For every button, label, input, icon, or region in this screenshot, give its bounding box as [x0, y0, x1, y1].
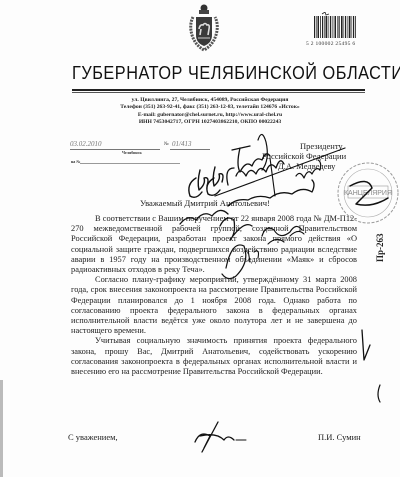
letterhead-title: ГУБЕРНАТОР ЧЕЛЯБИНСКОЙ ОБЛАСТИ	[72, 62, 336, 84]
header-rule	[72, 89, 365, 91]
number-underline	[170, 149, 210, 150]
salutation: Уважаемый Дмитрий Анатольевич!	[140, 198, 270, 208]
handwritten-ss	[189, 178, 202, 197]
city-label: Челябинск	[122, 150, 142, 155]
scan-edge	[0, 380, 3, 477]
barcode-number: 5 2 100002 25495 6	[306, 41, 355, 47]
closing-phrase: С уважением,	[68, 432, 118, 442]
registration-mark: Пр-263	[375, 233, 385, 262]
chancellery-stamp-icon: КАНЦЕЛЯРИЯ	[330, 155, 400, 225]
header-rule-thin	[72, 92, 365, 93]
letter-page: 5 2 100002 25495 6 ГУБЕРНАТОР ЧЕЛЯБИНСКО…	[0, 0, 400, 477]
outgoing-number: 01/413	[172, 140, 191, 148]
date-underline	[70, 149, 160, 150]
paragraph: Учитывая социальную значимость принятия …	[71, 336, 357, 377]
barcode-icon	[314, 12, 358, 38]
addressee-line: Президенту	[262, 141, 346, 151]
stamp-text: КАНЦЕЛЯРИЯ	[344, 190, 392, 197]
contact-email: E-mail: gubernator@chel.surnet.ru, http:…	[60, 112, 360, 119]
contact-block: ул. Цвиллинга, 27, Челябинск, 454089, Ро…	[60, 97, 360, 126]
contact-registry: ИНН 7453042717, ОГРН 1027403862210, ОКПО…	[60, 119, 360, 126]
paragraph: В соответствии с Вашим поручением от 22 …	[71, 214, 357, 275]
handwritten-vv	[198, 170, 208, 190]
letter-body: В соответствии с Вашим поручением от 22 …	[71, 214, 357, 377]
margin-mark	[362, 330, 370, 360]
signer-name: П.И. Сумин	[318, 432, 361, 442]
coat-of-arms-icon	[187, 3, 221, 53]
reference-label: на №	[71, 159, 80, 164]
outgoing-date: 03.02.2010	[70, 140, 102, 148]
signature-sumin	[195, 422, 234, 452]
reference-underline	[80, 163, 180, 164]
paragraph: Согласно плану-графику мероприятий, утве…	[71, 275, 357, 336]
contact-phone: Телефон (351) 263-92-41, факс (351) 263-…	[60, 104, 360, 111]
number-label: №	[164, 142, 169, 147]
